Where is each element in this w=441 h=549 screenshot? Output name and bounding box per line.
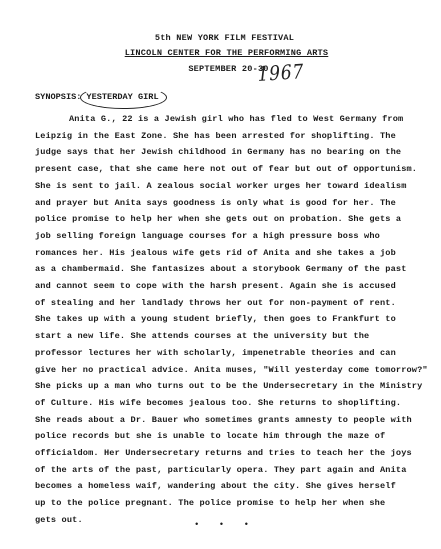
film-title-circled: YESTERDAY GIRL (81, 92, 163, 102)
body-line: She takes up with a young student briefl… (35, 311, 435, 328)
body-line: Leipzig in the East Zone. She has been a… (35, 128, 435, 145)
dates-heading: SEPTEMBER 20-30 (8, 64, 441, 74)
body-line: She reads about a Dr. Bauer who sometime… (35, 412, 435, 429)
body-line: She picks up a man who turns out to be t… (35, 378, 435, 395)
body-line: police records but she is unable to loca… (35, 428, 435, 445)
festival-heading: 5th NEW YORK FILM FESTIVAL (4, 33, 441, 43)
document-page: 5th NEW YORK FILM FESTIVAL LINCOLN CENTE… (0, 0, 441, 549)
venue-heading: LINCOLN CENTER FOR THE PERFORMING ARTS (6, 48, 441, 58)
body-line: romances her. His jealous wife gets rid … (35, 245, 435, 262)
film-title: YESTERDAY GIRL (86, 92, 158, 102)
handwritten-year-annotation: 1967 (257, 59, 305, 86)
body-line: up to the police pregnant. The police pr… (35, 495, 435, 512)
body-line: give her no practical advice. Anita muse… (35, 362, 435, 379)
synopsis-label: SYNOPSIS: (35, 92, 81, 102)
body-line: and prayer but Anita says goodness is on… (35, 195, 435, 212)
synopsis-heading: SYNOPSIS:YESTERDAY GIRL (35, 92, 164, 102)
body-line: She is sent to jail. A zealous social wo… (35, 178, 435, 195)
body-line: and cannot seem to cope with the harsh p… (35, 278, 435, 295)
body-line: of stealing and her landlady throws her … (35, 295, 435, 312)
body-line: professor lectures her with scholarly, i… (35, 345, 435, 362)
body-line: becomes a homeless waif, wandering about… (35, 478, 435, 495)
body-line: Anita G., 22 is a Jewish girl who has fl… (35, 111, 435, 128)
body-line: job selling foreign language courses for… (35, 228, 435, 245)
synopsis-body: Anita G., 22 is a Jewish girl who has fl… (35, 111, 435, 529)
body-line: present case, that she came here not out… (35, 161, 435, 178)
body-line: start a new life. She attends courses at… (35, 328, 435, 345)
body-line: judge says that her Jewish childhood in … (35, 144, 435, 161)
end-of-text-marks: • • • (194, 520, 256, 530)
body-line: as a chambermaid. She fantasizes about a… (35, 261, 435, 278)
body-line: of the arts of the past, particularly op… (35, 462, 435, 479)
body-line: officialdom. Her Undersecretary returns … (35, 445, 435, 462)
body-line: of Culture. His wife becomes jealous too… (35, 395, 435, 412)
body-line: police promise to help her when she gets… (35, 211, 435, 228)
